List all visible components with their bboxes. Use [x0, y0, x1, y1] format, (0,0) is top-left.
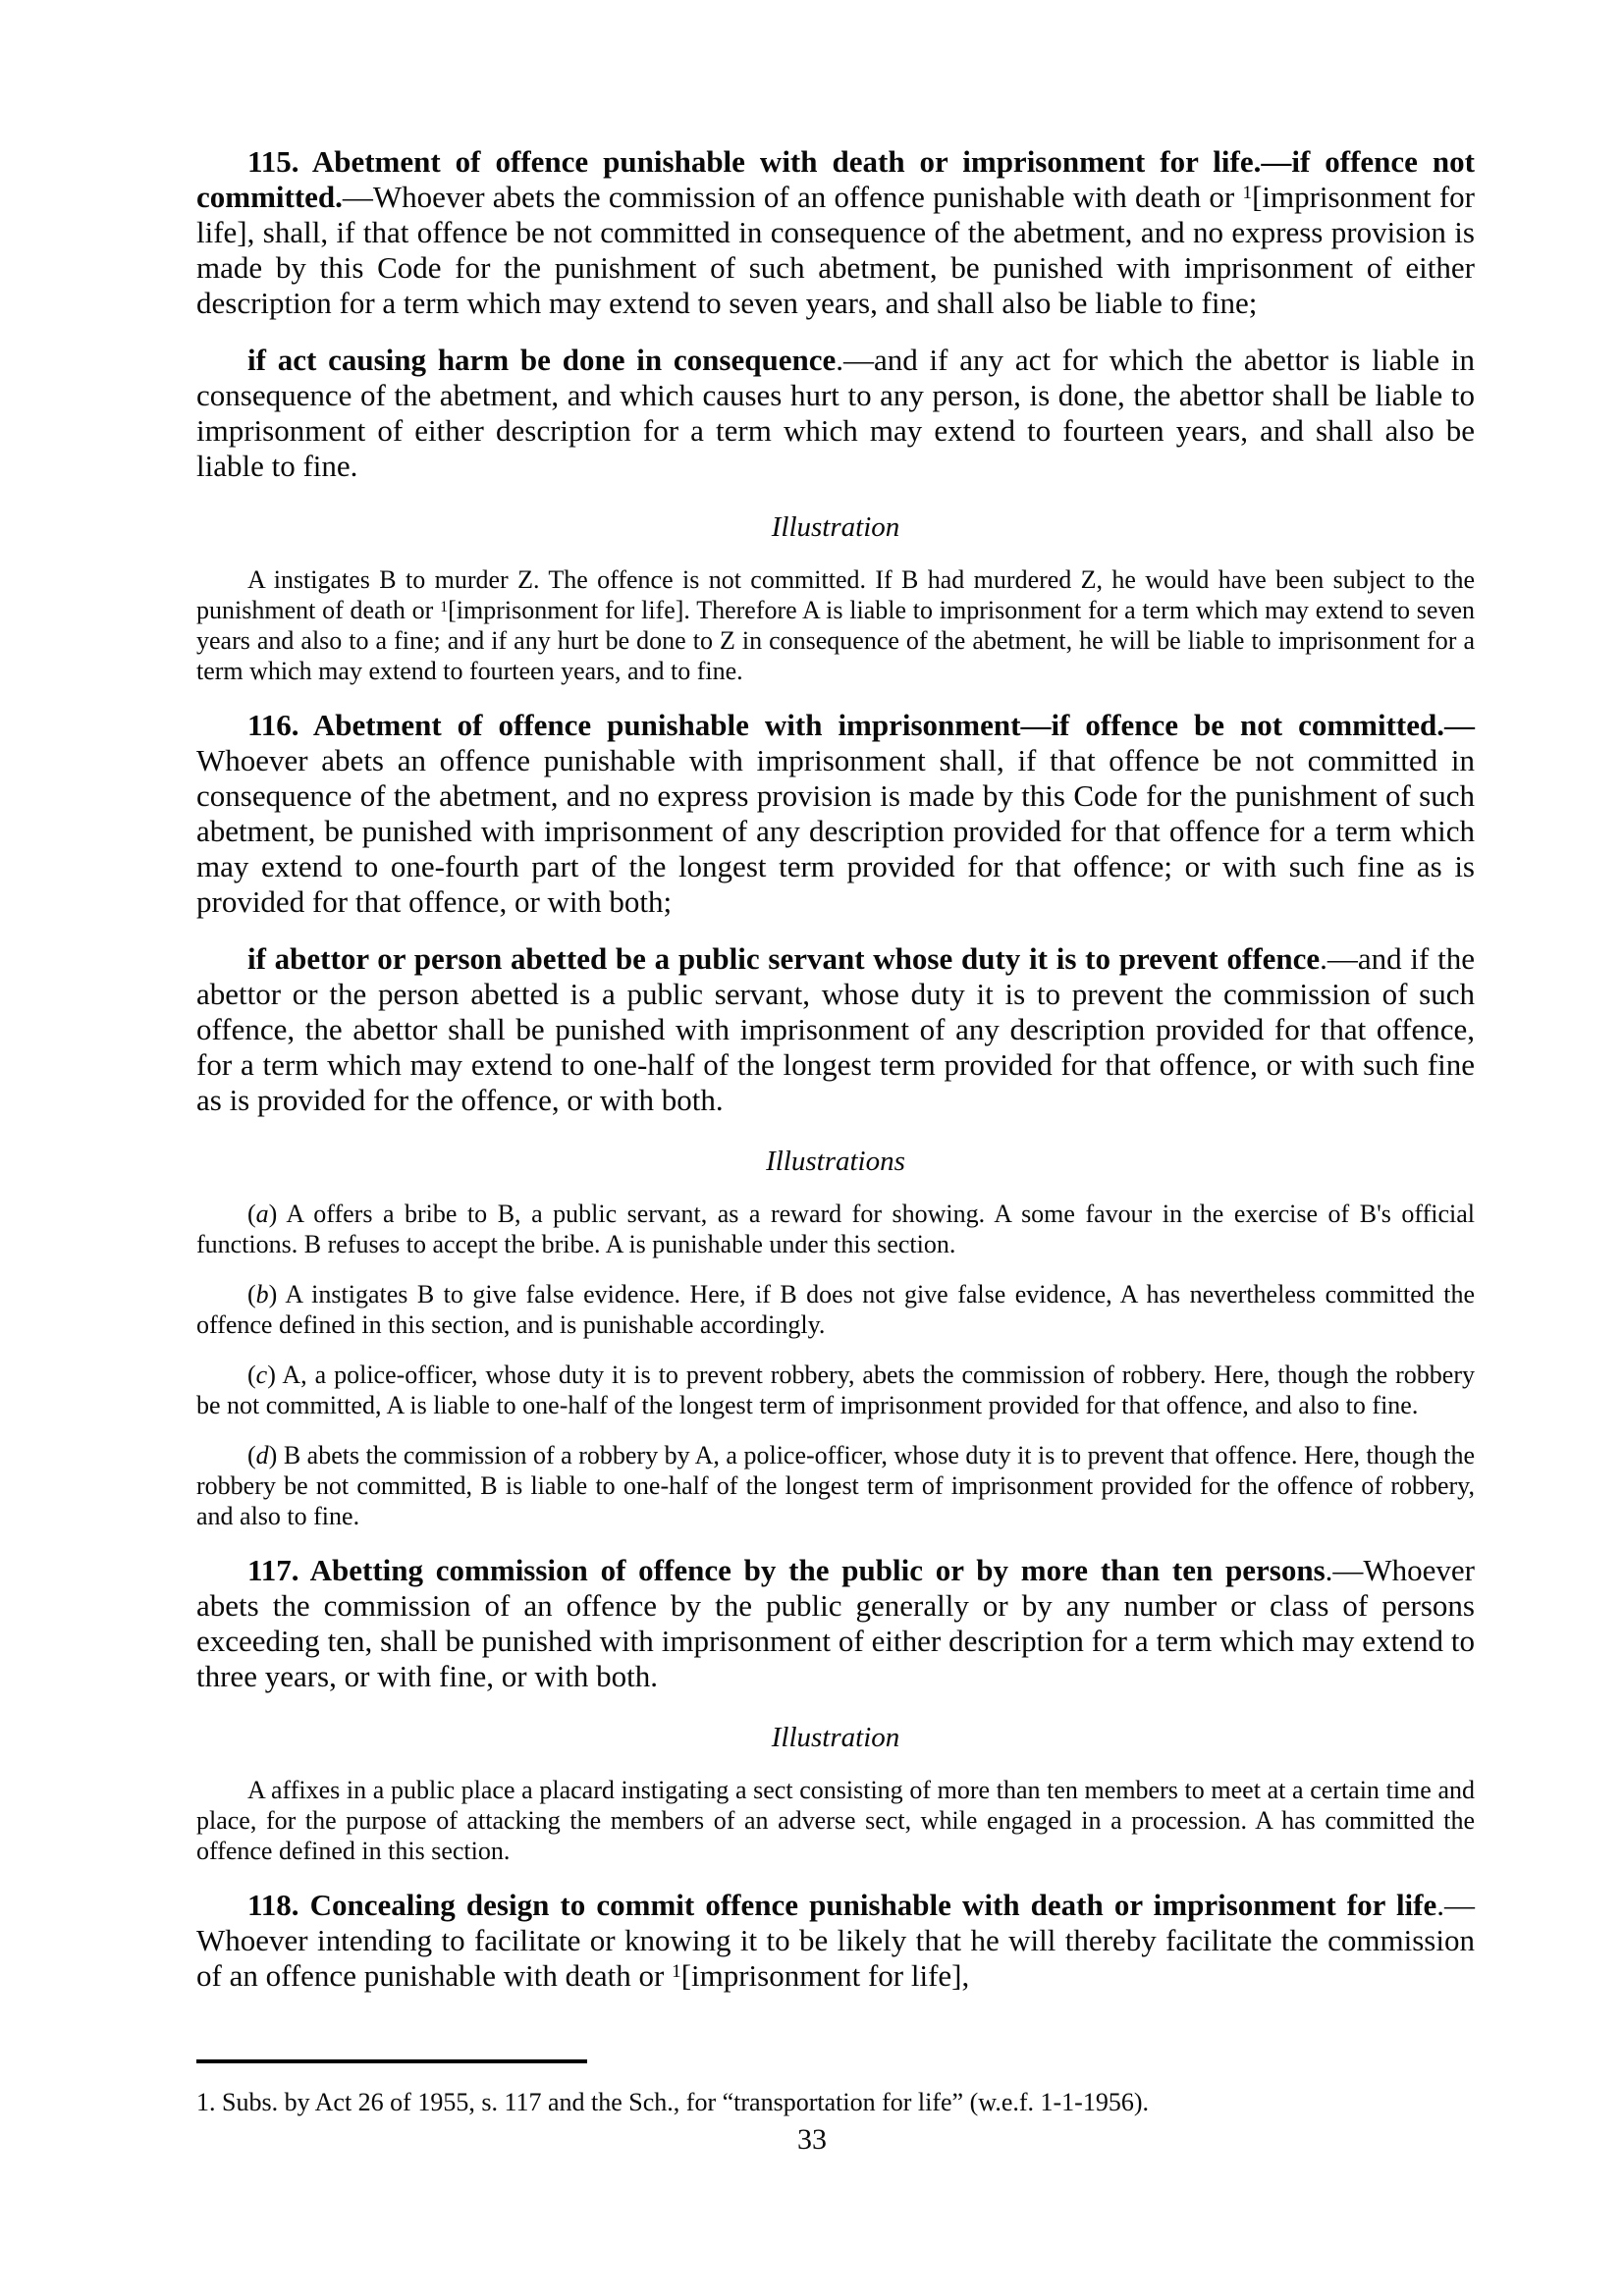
- illustration-116-b: (b) A instigates B to give false evidenc…: [196, 1279, 1475, 1340]
- illustration-116-c: (c) A, a police-officer, whose duty it i…: [196, 1360, 1475, 1420]
- illustration-heading-115: Illustration: [196, 509, 1475, 545]
- illustration-heading-117: Illustration: [196, 1720, 1475, 1755]
- section-115-paragraph: 115. Abetment of offence punishable with…: [196, 144, 1475, 321]
- illustration-116-a: (a) A offers a bribe to B, a public serv…: [196, 1199, 1475, 1259]
- illustration-115-text: A instigates B to murder Z. The offence …: [196, 564, 1475, 686]
- illustration-116-d: (d) B abets the commission of a robbery …: [196, 1440, 1475, 1531]
- document-page: 115. Abetment of offence punishable with…: [0, 0, 1624, 2296]
- document-body: 115. Abetment of offence punishable with…: [196, 144, 1475, 1994]
- section-116-paragraph: 116. Abetment of offence punishable with…: [196, 708, 1475, 920]
- page-number: 33: [0, 2123, 1624, 2157]
- footnote-separator-rule: [196, 2059, 587, 2063]
- illustrations-heading-116: Illustrations: [196, 1144, 1475, 1179]
- illustration-117-text: A affixes in a public place a placard in…: [196, 1775, 1475, 1866]
- section-117-paragraph: 117. Abetting commission of offence by t…: [196, 1553, 1475, 1694]
- section-118-paragraph: 118. Concealing design to commit offence…: [196, 1888, 1475, 1994]
- footnote-text: 1. Subs. by Act 26 of 1955, s. 117 and t…: [196, 2087, 1475, 2117]
- section-116-public-servant-paragraph: if abettor or person abetted be a public…: [196, 941, 1475, 1118]
- section-115-act-causing-harm-paragraph: if act causing harm be done in consequen…: [196, 343, 1475, 484]
